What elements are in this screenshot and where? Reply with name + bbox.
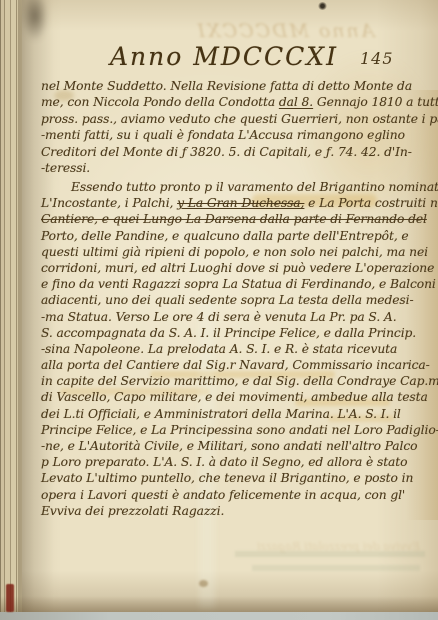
manuscript-line: di Vascello, Capo militare, e dei movime…	[41, 389, 435, 405]
bleed-line	[235, 551, 425, 557]
bleed-line	[252, 565, 420, 571]
manuscript-line: corridoni, muri, ed altri Luoghi dove si…	[41, 260, 435, 276]
manuscript-line: p Loro preparato. L'A. S. I. à dato il S…	[41, 454, 435, 470]
manuscript-line: Evviva dei prezzolati Ragazzi.	[41, 503, 435, 519]
manuscript-line: -sina Napoleone. La prelodata A. S. I. e…	[41, 341, 435, 357]
struck-text: y La Gran-Duchessa,	[177, 196, 304, 210]
manuscript-line: Porto, delle Pandine, e qualcuno dalla p…	[41, 228, 435, 244]
underlined-text: dal 8.	[279, 95, 313, 109]
bleed-through-text: Evviva dei prezzolati Ragazzi	[250, 540, 420, 553]
manuscript-line: opera i Lavori questi è andato felicemen…	[41, 487, 435, 503]
manuscript-page-photo: Anno MDCCCXI Evviva dei prezzolati Ragaz…	[0, 0, 438, 620]
line-text: Gennajo 1810 a tutto 7bre	[313, 95, 438, 109]
table-surface-strip	[0, 612, 438, 620]
line-text: e La Porta costruiti nel	[304, 196, 438, 210]
struck-manuscript-line: Cantiere, e quei Lungo La Darsena dalla …	[41, 211, 435, 227]
paragraph-2: Essendo tutto pronto p il varamento del …	[41, 179, 435, 519]
ink-spot	[199, 580, 208, 587]
manuscript-line: me, con Niccola Pondo della Condotta dal…	[41, 94, 435, 110]
manuscript-line: -menti fatti, su i quali è fondata L'Acc…	[41, 127, 435, 143]
gutter-shadow-top	[22, 0, 48, 42]
page-bottom-shadow	[0, 596, 438, 613]
manuscript-line: dei L.ti Officiali, e Amministratori del…	[41, 406, 435, 422]
page-number: 145	[360, 49, 394, 68]
paragraph-1: nel Monte Suddetto. Nella Revisione fatt…	[41, 78, 435, 176]
manuscript-line: S. accompagnata da S. A. I. il Principe …	[41, 325, 435, 341]
manuscript-line: alla porta del Cantiere dal Sig.r Navard…	[41, 357, 435, 373]
red-cover-edge-mark	[6, 584, 14, 612]
manuscript-line: L'Incostante, i Palchi, y La Gran-Duches…	[41, 195, 435, 211]
ink-spot	[318, 2, 327, 10]
bleed-through-header: Anno MDCCCXI	[135, 20, 435, 42]
manuscript-line: pross. pass., aviamo veduto che questi G…	[41, 111, 435, 127]
manuscript-line: Principe Felice, e La Principessina sono…	[41, 422, 435, 438]
manuscript-line: e fino da venti Ragazzi sopra La Statua …	[41, 276, 435, 292]
manuscript-line: -ma Statua. Verso Le ore 4 di sera è ven…	[41, 309, 435, 325]
manuscript-line: in capite del Servizio marittimo, e dal …	[41, 373, 435, 389]
manuscript-line: adiacenti, uno dei quali sedente sopra L…	[41, 292, 435, 308]
manuscript-line: -ne, e L'Autorità Civile, e Militari, so…	[41, 438, 435, 454]
manuscript-line: Creditori del Monte di ƒ 3820. 5. di Cap…	[41, 144, 435, 160]
line-text: me, con Niccola Pondo della Condotta	[41, 95, 279, 109]
manuscript-line: Essendo tutto pronto p il varamento del …	[41, 179, 435, 195]
manuscript-line: nel Monte Suddetto. Nella Revisione fatt…	[41, 78, 435, 94]
manuscript-line: Levato L'ultimo puntello, che teneva il …	[41, 470, 435, 486]
line-text: L'Incostante, i Palchi,	[41, 196, 177, 210]
manuscript-line: questi ultimi già ripieni di popolo, e n…	[41, 244, 435, 260]
page-header-title: Anno MDCCCXI	[110, 42, 300, 71]
manuscript-line: -teressi.	[41, 160, 435, 176]
